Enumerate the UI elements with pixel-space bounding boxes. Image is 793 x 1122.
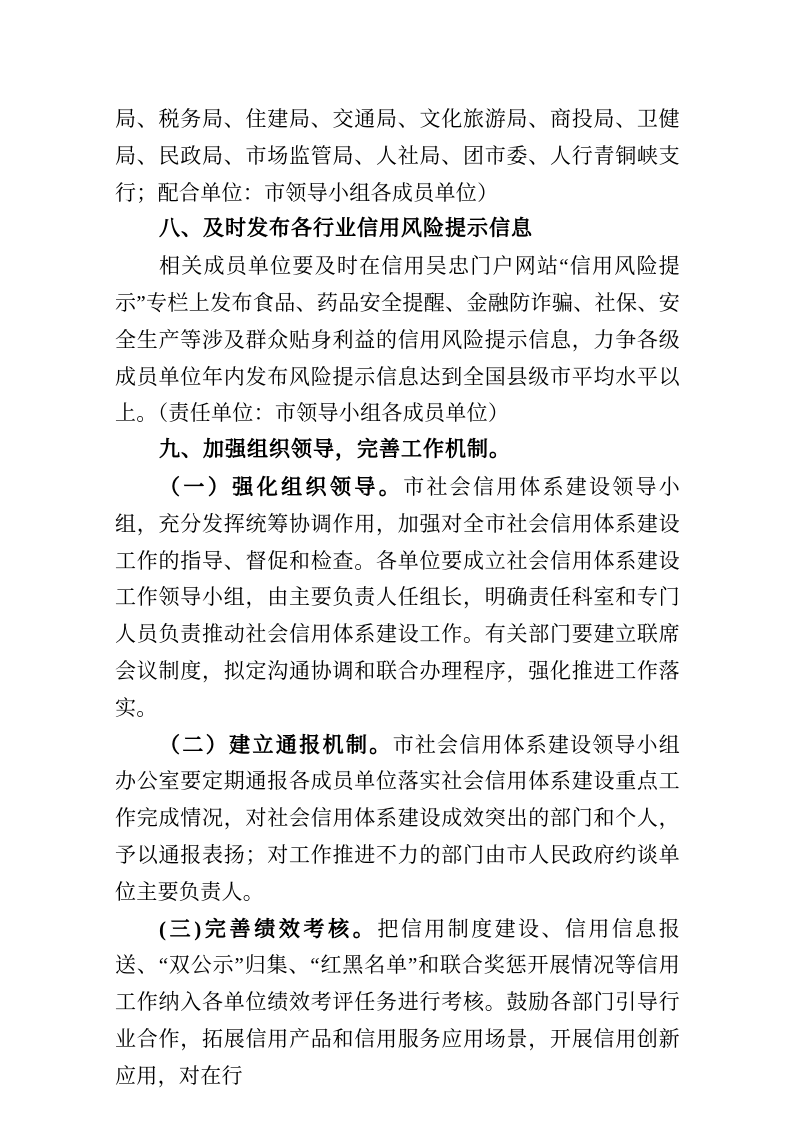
section-heading-eight: 八、及时发布各行业信用风险提示信息 (115, 211, 680, 248)
paragraph-lead-label: （一）强化组织领导。 (159, 475, 403, 499)
paragraph-body-text: 把信用制度建设、信用信息报送、“双公示”归集、“红黑名单”和联合奖惩开展情况等信… (115, 917, 680, 1088)
section-heading-nine: 九、加强组织领导，完善工作机制。 (115, 432, 680, 469)
paragraph-lead-label: （二）建立通报机制。 (159, 733, 393, 757)
paragraph-body-text: 市社会信用体系建设领导小组办公室要定期通报各成员单位落实社会信用体系建设重点工作… (115, 733, 680, 904)
paragraph-performance-assessment: (三)完善绩效考核。把信用制度建设、信用信息报送、“双公示”归集、“红黑名单”和… (115, 911, 680, 1095)
paragraph-responsible-units-continuation: 局、税务局、住建局、交通局、文化旅游局、商投局、卫健局、民政局、市场监管局、人社… (115, 101, 680, 211)
document-page: 局、税务局、住建局、交通局、文化旅游局、商投局、卫健局、民政局、市场监管局、人社… (0, 0, 793, 1122)
paragraph-reporting-mechanism: （二）建立通报机制。市社会信用体系建设领导小组办公室要定期通报各成员单位落实社会… (115, 727, 680, 911)
paragraph-strengthen-org-leadership: （一）强化组织领导。市社会信用体系建设领导小组，充分发挥统筹协调作用，加强对全市… (115, 469, 680, 727)
paragraph-risk-alert-info: 相关成员单位要及时在信用吴忠门户网站“信用风险提示”专栏上发布食品、药品安全提醒… (115, 248, 680, 432)
paragraph-lead-label: (三)完善绩效考核。 (159, 917, 377, 941)
document-text-block: 局、税务局、住建局、交通局、文化旅游局、商投局、卫健局、民政局、市场监管局、人社… (115, 101, 680, 1095)
paragraph-body-text: 市社会信用体系建设领导小组，充分发挥统筹协调作用，加强对全市社会信用体系建设工作… (115, 475, 680, 720)
